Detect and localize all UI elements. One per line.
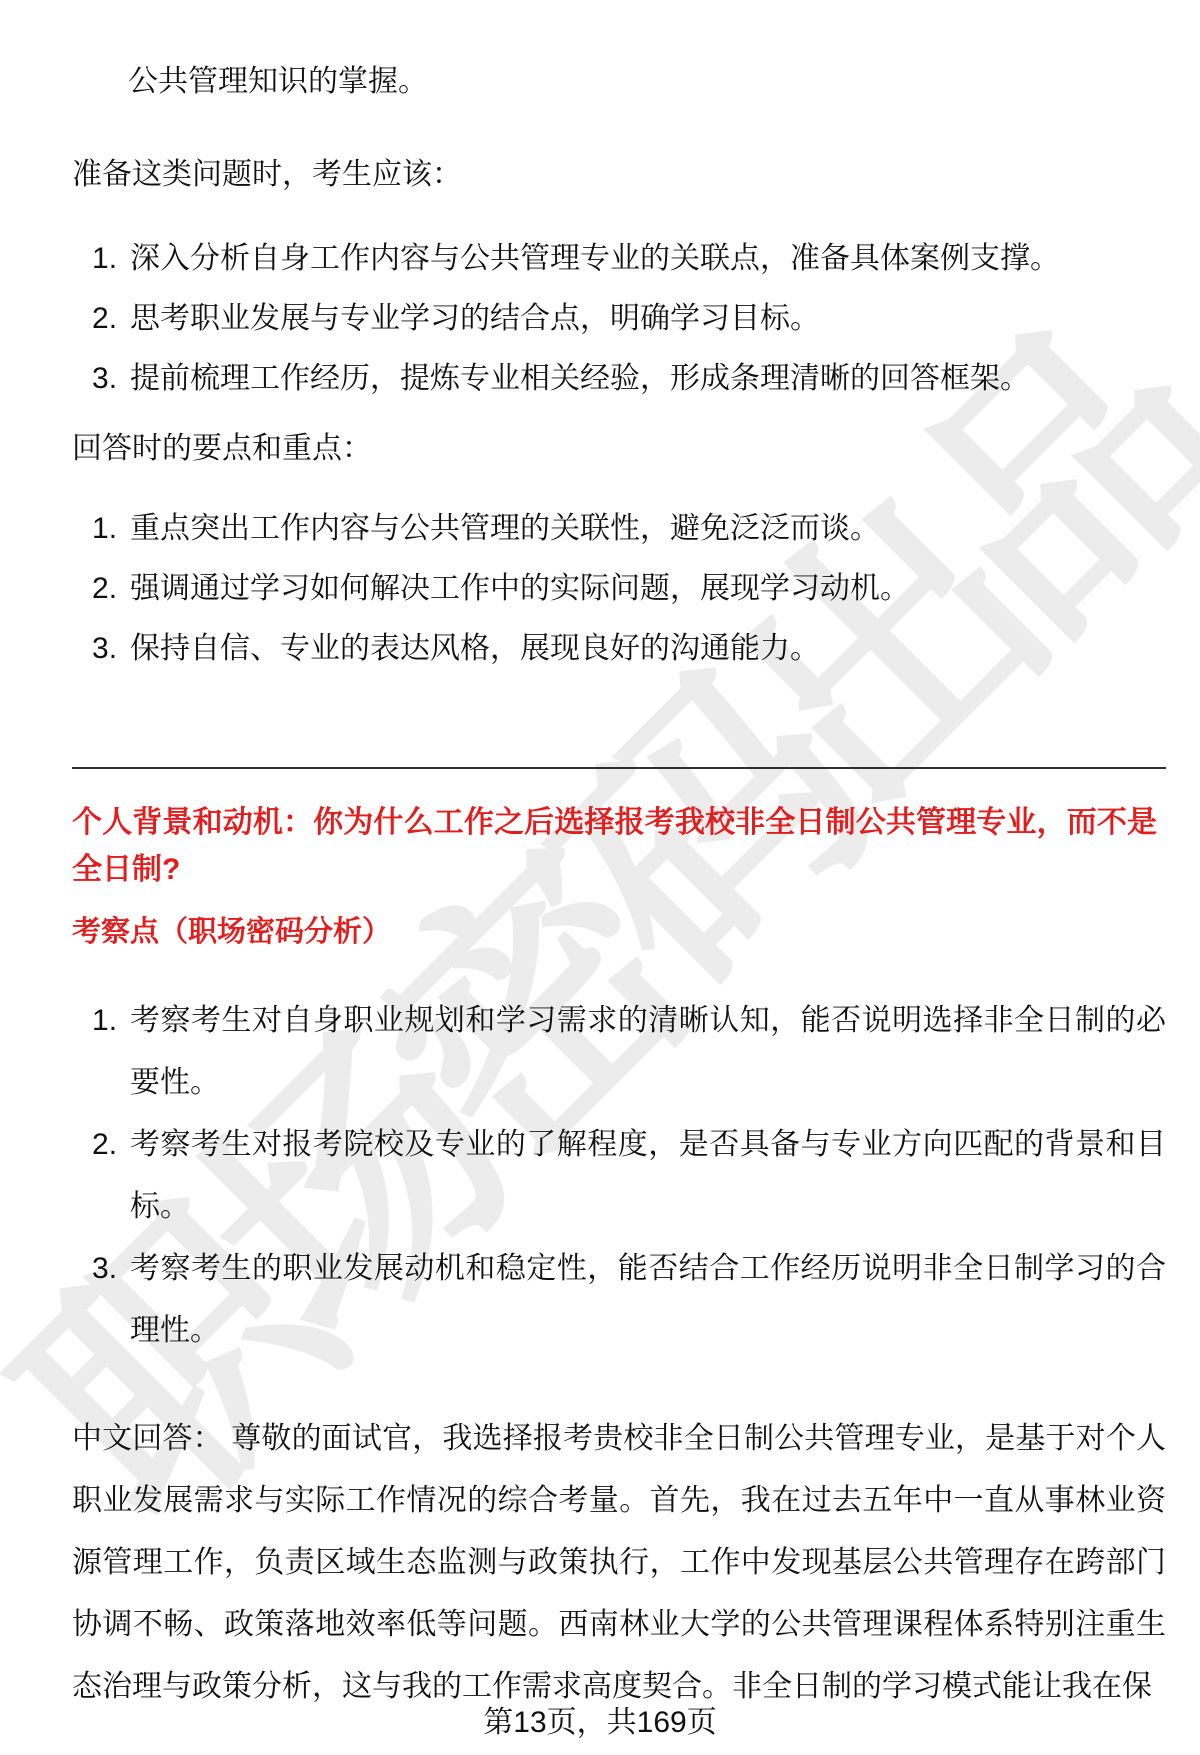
answer-points-list: 重点突出工作内容与公共管理的关联性，避免泛泛而谈。 强调通过学习如何解决工作中的…: [72, 499, 1166, 679]
examine-points-list: 考察考生对自身职业规划和学习需求的清晰认知，能否说明选择非全日制的必要性。 考察…: [72, 990, 1166, 1362]
list-item: 重点突出工作内容与公共管理的关联性，避免泛泛而谈。: [92, 499, 1166, 559]
list-item: 保持自信、专业的表达风格，展现良好的沟通能力。: [92, 619, 1166, 679]
page-footer: 第13页，共169页: [0, 1697, 1200, 1741]
list-item: 考察考生对自身职业规划和学习需求的清晰认知，能否说明选择非全日制的必要性。: [92, 990, 1166, 1114]
intro-continuation-text: 公共管理知识的掌握。: [72, 52, 1166, 112]
list-item: 思考职业发展与专业学习的结合点，明确学习目标。: [92, 289, 1166, 349]
question-heading: 个人背景和动机：你为什么工作之后选择报考我校非全日制公共管理专业，而不是全日制?: [72, 799, 1157, 893]
list-item: 考察考生的职业发展动机和稳定性，能否结合工作经历说明非全日制学习的合理性。: [92, 1238, 1166, 1362]
examine-points-heading: 考察点（职场密码分析）: [72, 909, 1166, 956]
document-content: 公共管理知识的掌握。 准备这类问题时，考生应该： 深入分析自身工作内容与公共管理…: [0, 0, 1200, 1718]
list-item: 考察考生对报考院校及专业的了解程度，是否具备与专业方向匹配的背景和目标。: [92, 1114, 1166, 1238]
section-divider: [72, 767, 1166, 769]
chinese-answer-paragraph: 中文回答： 尊敬的面试官，我选择报考贵校非全日制公共管理专业，是基于对个人职业发…: [72, 1408, 1166, 1718]
answer-points-heading: 回答时的要点和重点：: [72, 419, 1166, 479]
document-page: 职场密码出品 公共管理知识的掌握。 准备这类问题时，考生应该： 深入分析自身工作…: [0, 0, 1200, 1755]
prep-list: 深入分析自身工作内容与公共管理专业的关联点，准备具体案例支撑。 思考职业发展与专…: [72, 229, 1166, 409]
list-item: 强调通过学习如何解决工作中的实际问题，展现学习动机。: [92, 559, 1166, 619]
list-item: 深入分析自身工作内容与公共管理专业的关联点，准备具体案例支撑。: [92, 229, 1166, 289]
list-item: 提前梳理工作经历，提炼专业相关经验，形成条理清晰的回答框架。: [92, 349, 1166, 409]
prep-section-heading: 准备这类问题时，考生应该：: [72, 145, 1166, 205]
